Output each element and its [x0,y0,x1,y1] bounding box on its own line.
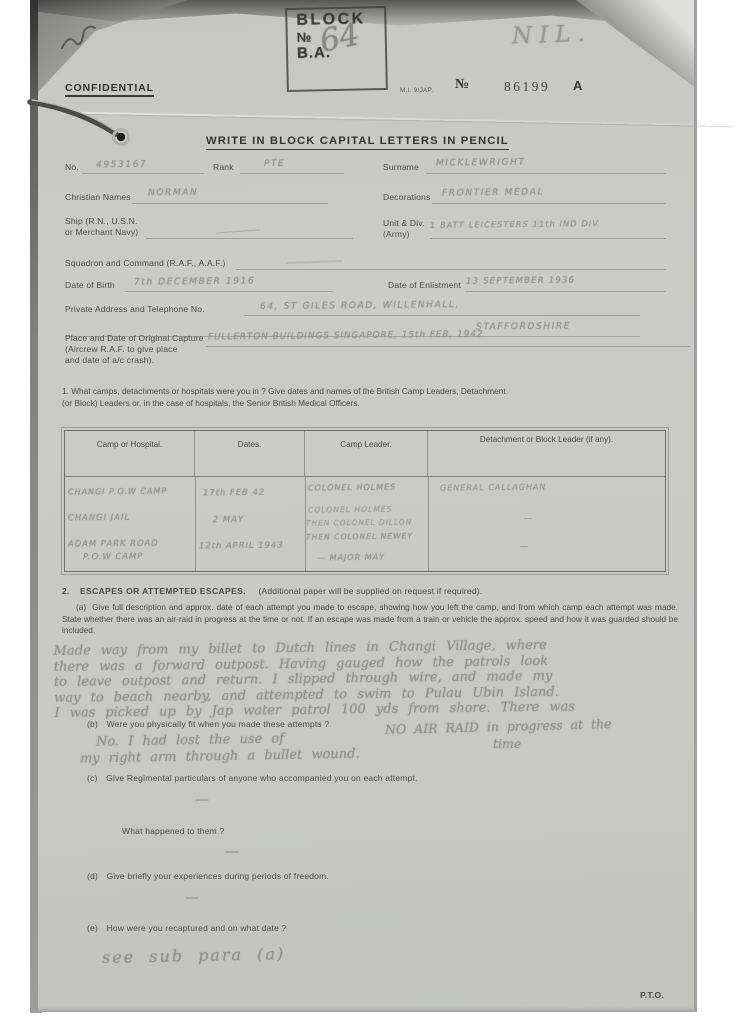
question-2a: (a)Give full description and approx. dat… [62,602,678,637]
table-cell: THEN COLONEL DILLON [306,517,412,527]
field-value-date-of-enlistment: 13 SEPTEMBER 1936 [466,275,575,286]
table-cell: COLONEL HOLMES [308,505,393,515]
field-label-surname: Surname [383,162,419,172]
question-2b-answer-line1: No. I had lost the use of [96,731,284,749]
question-2b-label: (b) [87,719,98,729]
field-label-unit-line1: Unit & Div. [383,218,425,228]
field-label-ship-line1: Ship (R.N., U.S.N. [65,216,138,226]
scan-bottom-edge [38,1007,696,1012]
camps-table-header-row: Camp or Hospital. Dates. Camp Leader. De… [65,431,665,477]
table-cell: THEN COLONEL NEWEY [306,531,413,541]
question-2-heading: 2. ESCAPES OR ATTEMPTED ESCAPES. (Additi… [62,581,482,599]
what-happened-answer: — [225,844,242,860]
pencil-mark [216,229,260,233]
handwritten-nil-note: NIL. [512,21,593,50]
field-underline [240,173,344,174]
field-value-date-of-birth: 7th DECEMBER 1916 [134,276,255,287]
question-2c-answer: — [195,792,213,808]
field-label-capture-line3: and date of a/c crash). [65,355,154,365]
table-cell: — [520,541,529,551]
field-label-capture-line1: Place and Date of Original Capture [65,333,204,343]
table-cell: P.O.W CAMP [83,551,143,562]
form-title: WRITE IN BLOCK CAPITAL LETTERS IN PENCIL [206,135,509,150]
field-label-squadron: Squadron and Command (R.A.F., A.A.F.) [65,258,225,268]
field-value-decorations: FRONTIER MEDAL [442,187,544,198]
field-value-unit: 1 BATT LEICESTERS 11th IND DIV [430,219,599,230]
field-label-no: No. [65,162,79,172]
question-2d-text: Give briefly your experiences during per… [107,871,329,881]
ref-suffix-letter: A [573,78,582,93]
field-label-rank: Rank [213,162,234,172]
question-1-line2: (or Block) Leaders or, in the case of ho… [62,398,678,410]
question-2a-text: Give full description and approx. date o… [62,602,678,635]
field-underline [82,173,204,174]
field-underline [244,315,640,316]
table-cell: CHANGI P.O.W CAMP [68,486,167,496]
table-cell: 12th APRIL 1943 [199,540,284,551]
crease-line [80,112,732,127]
what-happened-question: What happened to them ? [122,826,224,836]
question-2a-label: (a) [62,602,92,612]
field-underline [146,238,353,239]
table-header-camp: Camp or Hospital. [65,431,195,476]
table-column-camp: CHANGI P.O.W CAMP CHANGI JAIL ADAM PARK … [65,477,196,571]
question-2-title: ESCAPES OR ATTEMPTED ESCAPES. [80,586,246,596]
question-2-note: (Additional paper will be supplied on re… [258,586,482,596]
field-value-christian-names: NORMAN [148,188,198,199]
field-underline [430,238,666,239]
table-cell: — MAJOR MAY [317,553,385,563]
ref-department: M.I. 9/JAP. [400,87,433,94]
field-value-address-line2: STAFFORDSHIRE [476,322,571,333]
table-cell: COLONEL HOLMES [308,483,396,493]
question-2b: (b) Were you physically fit when you mad… [87,719,329,729]
question-2d-answer: — [185,890,204,906]
field-underline [236,269,666,270]
table-cell: CHANGI JAIL [68,512,130,523]
field-label-address: Private Address and Telephone No. [65,304,205,314]
question-2e: (e) How were you recaptured and on what … [87,923,287,933]
table-cell: 2 MAY [213,514,244,524]
field-value-rank: PTE [264,159,286,169]
question-2b-answer-line2: my right arm through a bullet wound. [80,747,360,767]
field-underline [125,291,333,292]
field-label-capture-line2: (Aircrew R.A.F. to give place [65,344,178,354]
table-column-leader: COLONEL HOLMES COLONEL HOLMES THEN COLON… [305,477,429,571]
ref-no-sign: № [455,77,469,93]
field-underline [465,291,666,292]
table-header-leader: Camp Leader. [305,431,428,476]
field-underline [206,346,690,347]
camps-table: Camp or Hospital. Dates. Camp Leader. De… [64,430,666,572]
table-header-dates: Dates. [195,431,305,476]
field-label-unit-line2: (Army) [383,229,410,239]
field-underline [432,203,666,204]
question-2b-text: Were you physically fit when you made th… [107,719,330,729]
confidential-marking: CONFIDENTIAL [65,82,154,97]
scanned-document: BLOCK № B.A. 64 NIL. CONFIDENTIAL M.I. 9… [0,0,739,1024]
question-2e-answer: see sub para (a) [102,944,286,967]
paper-sheet: BLOCK № B.A. 64 NIL. CONFIDENTIAL M.I. 9… [38,0,696,1012]
question-2d-label: (d) [87,871,98,881]
field-underline [426,173,666,174]
question-2-number: 2. [62,586,70,596]
field-label-date-of-birth: Date of Birth [65,280,115,290]
field-label-ship-line2: or Merchant Navy) [65,227,138,237]
ref-serial-number: 86199 [504,79,550,95]
table-column-detachment: GENERAL CALLAGHAN — — [428,477,665,571]
field-value-surname: MICKLEWRIGHT [436,158,526,169]
escape-answer: Made way from my billet to Dutch lines i… [54,636,687,722]
table-cell: ADAM PARK ROAD [68,538,159,549]
escape-answer-continued: time [493,736,521,751]
question-2c: (c) Give Regimental particulars of anyon… [87,773,418,783]
question-1-line1: 1. What camps, detachments or hospitals … [62,386,678,398]
table-cell: — [524,513,533,523]
field-label-date-of-enlistment: Date of Enlistment [388,280,461,290]
table-header-detachment: Detachment or Block Leader (if any). [428,431,665,476]
field-value-capture: FULLERTON BUILDINGS SINGAPORE, 15th FEB,… [208,330,484,343]
field-underline [132,203,328,204]
pencil-mark [286,260,342,264]
question-2d: (d) Give briefly your experiences during… [87,871,329,881]
table-column-dates: 17th FEB 42 2 MAY 12th APRIL 1943 [195,477,306,571]
field-value-no: 4953167 [96,160,147,171]
field-value-address-line1: 64, ST GILES ROAD, WILLENHALL, [260,300,460,312]
field-label-christian-names: Christian Names [65,192,131,202]
scan-right-edge [694,0,697,1012]
pto-marking: P.T.O. [640,990,664,1000]
question-2e-text: How were you recaptured and on what date… [107,923,287,933]
question-2c-text: Give Regimental particulars of anyone wh… [106,773,418,783]
table-cell: 17th FEB 42 [203,487,265,498]
escape-answer-continued: NO AIR RAID in progress at the [385,716,612,737]
field-label-decorations: Decorations [383,192,431,202]
question-2e-label: (e) [87,923,98,933]
question-2c-label: (c) [87,773,98,783]
table-cell: GENERAL CALLAGHAN [440,482,547,492]
